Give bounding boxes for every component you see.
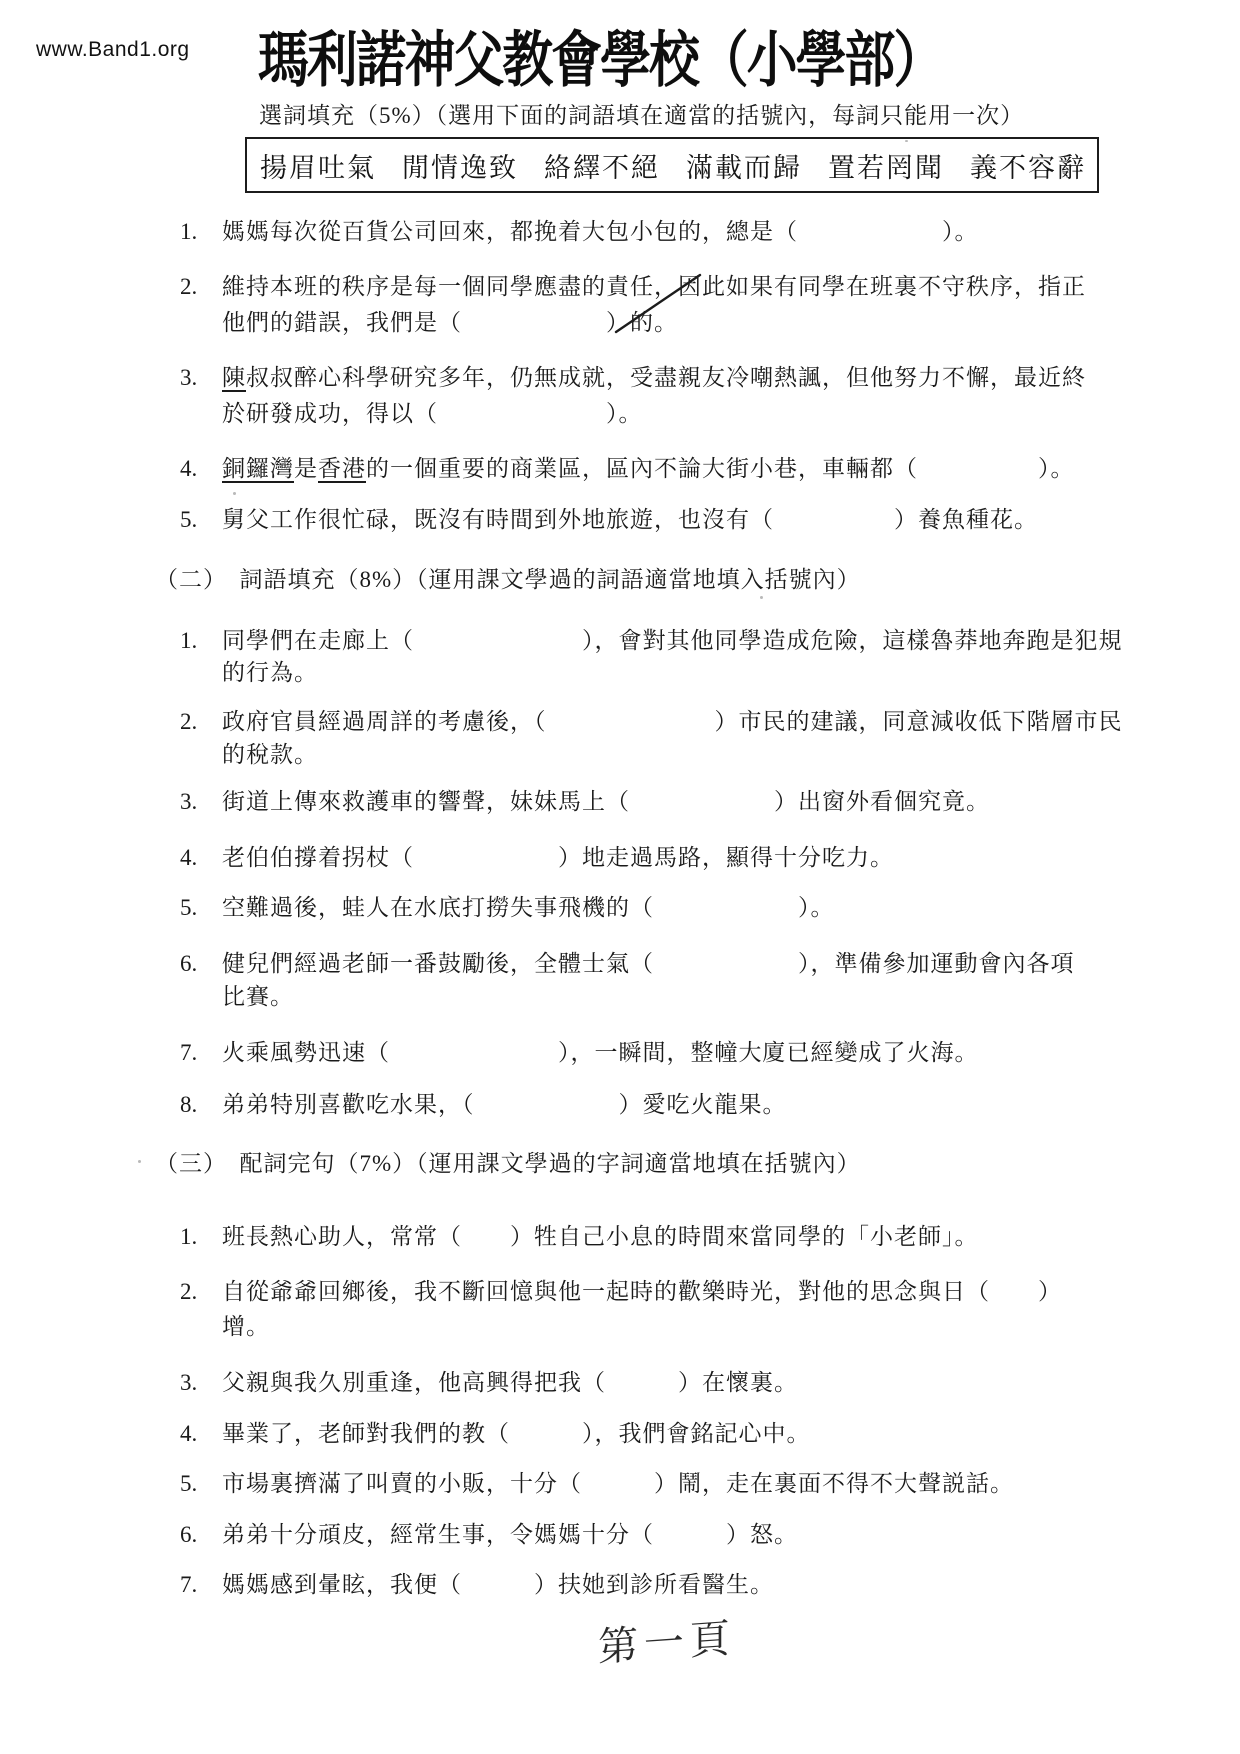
question-line: 的行為。 xyxy=(222,656,318,690)
question-number: 3. xyxy=(180,1366,222,1400)
question-number: 3. xyxy=(180,361,222,395)
question-line: 3.街道上傳來救護車的響聲，妹妹馬上（ ）出窗外看個究竟。 xyxy=(180,785,990,819)
question-number: 1. xyxy=(180,624,222,658)
section-heading: （三） 配詞完句（7%）（運用課文學過的字詞適當地填在括號內） xyxy=(155,1147,861,1181)
question-line: 6.弟弟十分頑皮，經常生事，令媽媽十分（ ）怒。 xyxy=(180,1518,798,1552)
question-number: 1. xyxy=(180,215,222,249)
word-bank-item: 義不容辭 xyxy=(970,146,1086,185)
question-number: 8. xyxy=(180,1088,222,1122)
question-line: 5.市場裏擠滿了叫賣的小販，十分（ ）鬧，走在裏面不得不大聲説話。 xyxy=(180,1467,1014,1501)
question-text: 他們的錯誤，我們是（ ）的。 xyxy=(222,310,678,335)
question-text: 街道上傳來救護車的響聲，妹妹馬上（ ）出窗外看個究竟。 xyxy=(222,789,990,814)
question-number: 1. xyxy=(180,1220,222,1254)
question-number: 6. xyxy=(180,1518,222,1552)
question-line: 3.陳叔叔醉心科學研究多年，仍無成就，受盡親友冷嘲熱諷，但他努力不懈，最近終 xyxy=(180,361,1086,395)
question-line: 於研發成功，得以（ ）。 xyxy=(222,397,643,431)
question-text: 弟弟特別喜歡吃水果，（ ）愛吃火龍果。 xyxy=(222,1092,787,1117)
question-text: 火乘風勢迅速（ ），一瞬間，整幢大廈已經變成了火海。 xyxy=(222,1040,979,1065)
question-text: 弟弟十分頑皮，經常生事，令媽媽十分（ ）怒。 xyxy=(222,1522,798,1547)
question-text: 的稅款。 xyxy=(222,742,318,767)
question-text: 畢業了，老師對我們的教（ ），我們會銘記心中。 xyxy=(222,1421,811,1446)
proper-noun-underlined: 銅鑼灣 xyxy=(222,456,294,483)
proper-noun-underlined: 香港 xyxy=(318,456,366,483)
question-line: 3.父親與我久別重逢，他高興得把我（ ）在懷裏。 xyxy=(180,1366,798,1400)
question-number: 4. xyxy=(180,1417,222,1451)
word-bank-item: 閒情逸致 xyxy=(402,146,518,185)
question-line: 5.空難過後，蛙人在水底打撈失事飛機的（ ）。 xyxy=(180,891,835,925)
question-number: 3. xyxy=(180,785,222,819)
scan-speck xyxy=(760,596,763,599)
scan-speck xyxy=(233,492,236,495)
question-text: 是 xyxy=(294,456,318,481)
word-bank-item: 絡繹不絕 xyxy=(544,146,660,185)
question-line: 他們的錯誤，我們是（ ）的。 xyxy=(222,306,678,340)
question-line: 1.媽媽每次從百貨公司回來，都挽着大包小包的，總是（ ）。 xyxy=(180,215,979,249)
question-line: 1.班長熱心助人，常常（ ）牲自己小息的時間來當同學的「小老師」。 xyxy=(180,1220,979,1254)
question-line: 1.同學們在走廊上（ ），會對其他同學造成危險，這樣魯莽地奔跑是犯規 xyxy=(180,624,1123,658)
question-text: 舅父工作很忙碌，既沒有時間到外地旅遊，也沒有（ ）養魚種花。 xyxy=(222,507,1038,532)
section-heading: 選詞填充（5%）（選用下面的詞語填在適當的括號內，每詞只能用一次） xyxy=(259,99,1024,133)
question-text: 媽媽感到暈眩，我便（ ）扶她到診所看醫生。 xyxy=(222,1572,774,1597)
question-text: 的行為。 xyxy=(222,660,318,685)
question-text: 的一個重要的商業區，區內不論大街小巷，車輛都（ ）。 xyxy=(366,456,1075,481)
page-number-handwritten: 第一頁 xyxy=(598,1606,736,1673)
question-number: 2. xyxy=(180,705,222,739)
question-line: 增。 xyxy=(222,1310,270,1344)
question-number: 5. xyxy=(180,891,222,925)
question-number: 2. xyxy=(180,1275,222,1309)
word-bank-item: 置若罔聞 xyxy=(828,146,944,185)
question-line: 2.政府官員經過周詳的考慮後，（ ）市民的建議，同意減收低下階層市民 xyxy=(180,705,1123,739)
scanned-exam-page: www.Band1.org 瑪利諾神父教會學校（小學部） 揚眉吐氣閒情逸致絡繹不… xyxy=(0,0,1240,1754)
question-number: 7. xyxy=(180,1568,222,1602)
section-heading: （二） 詞語填充（8%）（運用課文學過的詞語適當地填入括號內） xyxy=(155,563,861,597)
question-text: 維持本班的秩序是每一個同學應盡的責任，因此如果有同學在班裏不守秩序，指正 xyxy=(222,274,1086,299)
question-number: 2. xyxy=(180,270,222,304)
question-number: 5. xyxy=(180,1467,222,1501)
question-text: 老伯伯撐着拐杖（ ）地走過馬路，顯得十分吃力。 xyxy=(222,845,894,870)
word-bank-item: 滿載而歸 xyxy=(686,146,802,185)
question-text: 同學們在走廊上（ ），會對其他同學造成危險，這樣魯莽地奔跑是犯規 xyxy=(222,628,1123,653)
question-number: 7. xyxy=(180,1036,222,1070)
question-number: 5. xyxy=(180,503,222,537)
question-line: 比賽。 xyxy=(222,980,294,1014)
question-line: 5.舅父工作很忙碌，既沒有時間到外地旅遊，也沒有（ ）養魚種花。 xyxy=(180,503,1038,537)
question-number: 6. xyxy=(180,947,222,981)
question-number: 4. xyxy=(180,452,222,486)
question-line: 6.健兒們經過老師一番鼓勵後，全體士氣（ ），準備參加運動會內各項 xyxy=(180,947,1075,981)
question-text: 比賽。 xyxy=(222,984,294,1009)
question-text: 健兒們經過老師一番鼓勵後，全體士氣（ ），準備參加運動會內各項 xyxy=(222,951,1075,976)
question-line: 的稅款。 xyxy=(222,738,318,772)
scan-speck xyxy=(138,1160,141,1163)
question-text: 增。 xyxy=(222,1314,270,1339)
question-text: 媽媽每次從百貨公司回來，都挽着大包小包的，總是（ ）。 xyxy=(222,219,979,244)
scan-speck xyxy=(905,140,908,142)
question-line: 7.火乘風勢迅速（ ），一瞬間，整幢大廈已經變成了火海。 xyxy=(180,1036,979,1070)
question-text: 市場裏擠滿了叫賣的小販，十分（ ）鬧，走在裏面不得不大聲説話。 xyxy=(222,1471,1014,1496)
word-bank-box: 揚眉吐氣閒情逸致絡繹不絕滿載而歸置若罔聞義不容辭 xyxy=(245,137,1099,193)
question-text: 自從爺爺回鄉後，我不斷回憶與他一起時的歡樂時光，對他的思念與日（ ） xyxy=(222,1279,1062,1304)
question-text: 班長熱心助人，常常（ ）牲自己小息的時間來當同學的「小老師」。 xyxy=(222,1224,979,1249)
question-text: 父親與我久別重逢，他高興得把我（ ）在懷裏。 xyxy=(222,1370,798,1395)
question-line: 2.自從爺爺回鄉後，我不斷回憶與他一起時的歡樂時光，對他的思念與日（ ） xyxy=(180,1275,1062,1309)
school-title: 瑪利諾神父教會學校（小學部） xyxy=(258,12,942,98)
question-line: 4.畢業了，老師對我們的教（ ），我們會銘記心中。 xyxy=(180,1417,811,1451)
question-text: 空難過後，蛙人在水底打撈失事飛機的（ ）。 xyxy=(222,895,835,920)
word-bank-item: 揚眉吐氣 xyxy=(260,146,376,185)
question-line: 8.弟弟特別喜歡吃水果，（ ）愛吃火龍果。 xyxy=(180,1088,787,1122)
watermark-url: www.Band1.org xyxy=(36,38,190,62)
question-text: 於研發成功，得以（ ）。 xyxy=(222,401,643,426)
question-text: 政府官員經過周詳的考慮後，（ ）市民的建議，同意減收低下階層市民 xyxy=(222,709,1123,734)
question-text: 叔叔醉心科學研究多年，仍無成就，受盡親友冷嘲熱諷，但他努力不懈，最近終 xyxy=(246,365,1086,390)
question-line: 4.銅鑼灣是香港的一個重要的商業區，區內不論大街小巷，車輛都（ ）。 xyxy=(180,452,1075,486)
question-line: 4.老伯伯撐着拐杖（ ）地走過馬路，顯得十分吃力。 xyxy=(180,841,894,875)
question-number: 4. xyxy=(180,841,222,875)
question-line: 2.維持本班的秩序是每一個同學應盡的責任，因此如果有同學在班裏不守秩序，指正 xyxy=(180,270,1086,304)
question-line: 7.媽媽感到暈眩，我便（ ）扶她到診所看醫生。 xyxy=(180,1568,774,1602)
proper-noun-underlined: 陳 xyxy=(222,365,246,392)
